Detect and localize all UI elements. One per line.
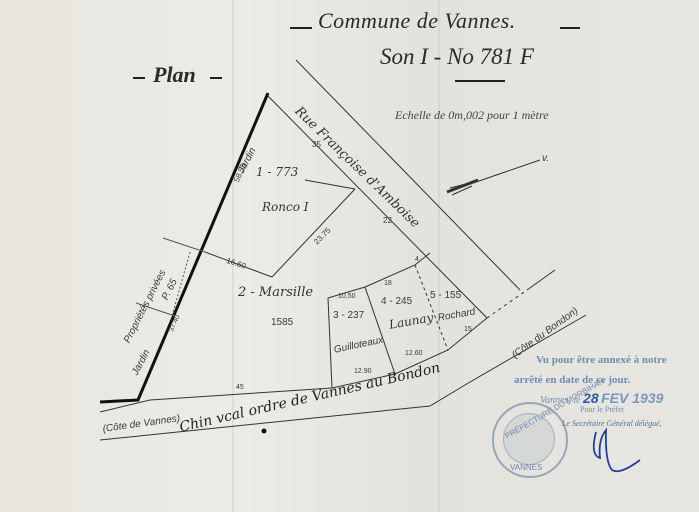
- dimension: 15: [464, 326, 472, 333]
- stamp-line-2: arrêté en date de ce jour.: [514, 374, 630, 386]
- signature-mark: [594, 430, 640, 471]
- dimension: 22: [383, 216, 392, 225]
- cadastral-plan-sheet: Commune de Vannes. Son I - No 781 F Plan…: [0, 0, 699, 512]
- seal-bottom-text: VANNES: [510, 463, 542, 472]
- parcel-4-label: 4 - 245: [381, 296, 412, 307]
- stamp-line-4: Pour le Préfet: [580, 405, 624, 414]
- stamp-line-5: Le Secrétaire Général délégué,: [562, 419, 662, 428]
- dimension: 35: [312, 140, 321, 149]
- dimension: 12.90: [354, 368, 372, 375]
- parcel-1-label: 1 - 773: [256, 165, 298, 179]
- dimension: 12.60: [405, 350, 423, 357]
- dimension: 45: [236, 384, 244, 391]
- stamp-date-rest: FEV 1939: [601, 390, 663, 406]
- plan-drawing: [0, 0, 699, 512]
- dimension: 4: [415, 256, 419, 263]
- dimension: 18: [384, 280, 392, 287]
- parcel-3-label: 3 - 237: [333, 310, 364, 321]
- dimension: 10.50: [338, 293, 356, 300]
- north-label: v.: [542, 153, 549, 164]
- north-arrow-icon: [447, 160, 540, 195]
- parcel-2-area: 1585: [271, 317, 293, 328]
- parcel-2-label: 2 - Marsille: [238, 285, 313, 300]
- stamp-line-1: Vu pour être annexé à notre: [536, 354, 667, 366]
- parcel-5-label: 5 - 155: [430, 290, 461, 301]
- parcel-1-owner: Ronco I: [262, 200, 309, 214]
